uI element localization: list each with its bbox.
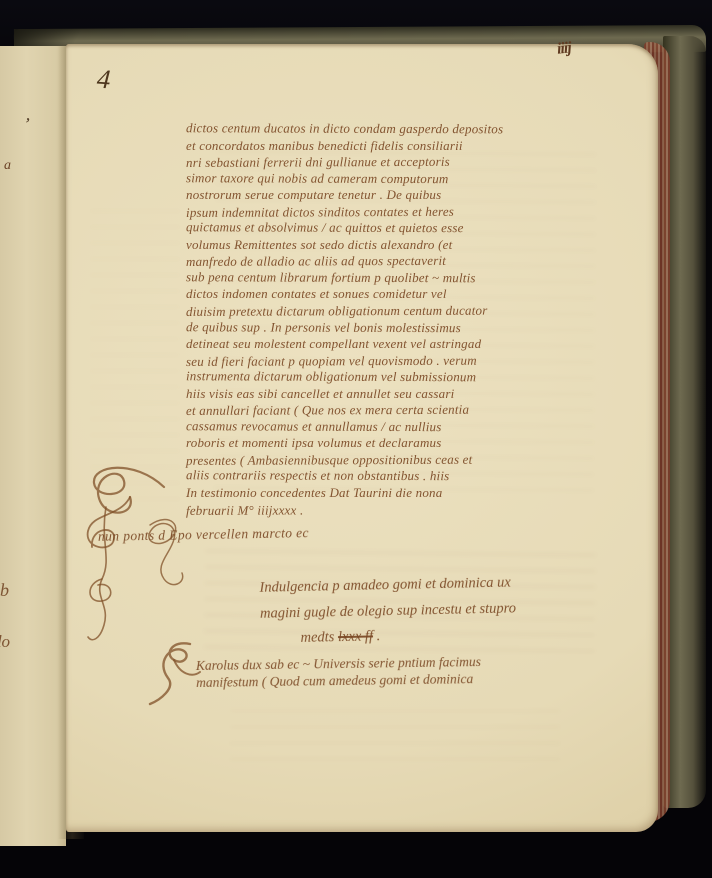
previous-page-edge: t ob do a ʼ: [0, 46, 66, 846]
text-line: cassamus revocamus et annullamus / ac nu…: [186, 418, 622, 436]
folio-number-roman: iiij: [556, 39, 572, 58]
text-line: volumus Remittentes sot sedo dictis alex…: [186, 237, 622, 254]
text-line: et concordatos manibus benedicti fidelis…: [186, 138, 622, 155]
edge-text-fragment: do: [0, 632, 10, 652]
edge-text-fragment: ob: [0, 580, 9, 601]
fee-amount-struck: lxxx ff: [338, 628, 373, 645]
margin-letter: a: [4, 158, 11, 174]
text-line: februarii M° iiijxxxx .: [186, 501, 622, 519]
text-line: hiis visis eas sibi cancellet et annulle…: [186, 386, 622, 403]
main-text-block: dictos centum ducatos in dicto condam ga…: [186, 121, 622, 518]
text-line: nri sebastiani ferrerii dni gullianue et…: [186, 153, 622, 171]
text-line: roboris et momenti ipsa volumus et decla…: [186, 435, 622, 452]
text-line: In testimonio concedentes Dat Taurini di…: [186, 485, 622, 502]
text-line: et annullari faciant ( Que nos ex mera c…: [186, 401, 622, 419]
pen-flourish-icon: [72, 455, 182, 650]
margin-pen-tick: ʼ: [22, 114, 32, 136]
text-line: sub pena centum librarum fortium p quoli…: [186, 269, 622, 287]
text-line: dictos indomen contates et sonues comide…: [186, 286, 622, 303]
initial-flourish-icon: [146, 638, 202, 708]
text-line: nostrorum serue computare tenetur . De q…: [186, 187, 622, 204]
manuscript-photo: t ob do a ʼ 4 iiij dictos centum ducatos…: [0, 0, 712, 878]
summary-note: Indulgencia p amadeo gomi et dominica ux…: [259, 568, 621, 652]
text-line: aliis contrariis respectis et non obstan…: [186, 468, 622, 486]
text-line: instrumenta dictarum obligationum vel su…: [186, 368, 622, 386]
fee-prefix: medts: [300, 629, 338, 646]
fee-suffix: .: [373, 628, 381, 644]
text-line: seu id fieri faciant p quopiam vel quovi…: [186, 352, 622, 370]
text-line: ipsum indemnitat dictos sinditos contate…: [186, 203, 622, 221]
text-line: quictamus et absolvimus / ac quittos et …: [186, 220, 622, 238]
closing-paragraph: Karolus dux sab ec ~ Universis serie pnt…: [196, 651, 626, 691]
text-line: simor taxore qui nobis ad cameram comput…: [186, 170, 622, 188]
text-line: manfredo de alladio ac aliis ad quos spe…: [186, 252, 622, 270]
folio-number-arabic: 4: [96, 64, 112, 96]
text-line: diuisim pretextu dictarum obligationum c…: [186, 302, 622, 320]
text-line: de quibus sup . In personis vel bonis mo…: [186, 319, 622, 337]
text-line: dictos centum ducatos in dicto condam ga…: [186, 120, 622, 138]
text-line: detineat seu molestent compellant vexent…: [186, 336, 622, 353]
